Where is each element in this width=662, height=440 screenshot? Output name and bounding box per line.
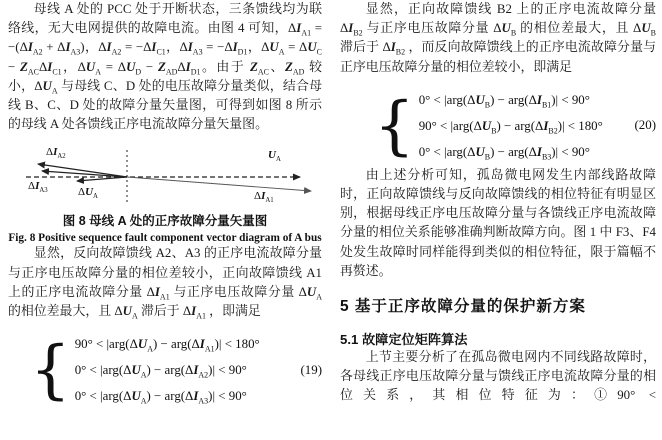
equation-20-line-3: 0° < |arg(ΔUB) − arg(ΔIB3)| < 90°: [419, 139, 633, 165]
paragraph-forward-fault-b2: 显然，正向故障馈线 B2 上的正序电流故障分量 ΔIB2 与正序电压故障分量 Δ…: [340, 0, 656, 77]
vector-dua: [77, 177, 127, 181]
equation-19-number: (19): [301, 363, 322, 378]
equation-20-number: (20): [635, 118, 656, 133]
figure8-vector-diagram: ΔIA2 ΔIA3 ΔUA UA ΔIA1: [8, 147, 322, 207]
right-column: 显然，正向故障馈线 B2 上的正序电流故障分量 ΔIB2 与正序电压故障分量 Δ…: [340, 0, 656, 406]
vector-ia2: [38, 164, 127, 177]
vector-label-ua: UA: [268, 149, 281, 161]
section-5-1-heading: 5.1 故障定位矩阵算法: [340, 329, 656, 348]
vector-label-ia3: ΔIA3: [28, 180, 48, 192]
figure8-caption-en: Fig. 8 Positive sequence fault component…: [8, 232, 322, 244]
figure8-caption-zh: 图 8 母线 A 处的正序故障分量矢量图: [8, 211, 322, 229]
paragraph-matrix-algorithm-intro: 上节主要分析了在孤岛微电网内不同线路故障时，各母线正序电压故障分量与馈线正序电流…: [340, 348, 656, 406]
equation-19-line-3: 0° < |arg(ΔUA) − arg(ΔIA3)| < 90°: [75, 383, 299, 409]
section-5-heading: 5 基于正序故障分量的保护新方案: [340, 294, 656, 316]
equation-19: 90° < |arg(ΔUA) − arg(ΔIA1)| < 180° 0° <…: [30, 330, 322, 410]
vector-ia3: [42, 171, 127, 177]
left-brace: [374, 86, 415, 166]
vector-label-ia1: ΔIA1: [254, 190, 274, 202]
equation-19-line-2: 0° < |arg(ΔUA) − arg(ΔIA2)| < 90°: [75, 357, 299, 383]
vector-ia1: [127, 177, 311, 191]
equation-20: 0° < |arg(ΔUB) − arg(ΔIB1)| < 90° 90° < …: [374, 86, 656, 166]
equation-19-line-1: 90° < |arg(ΔUA) − arg(ΔIA1)| < 180°: [75, 331, 299, 357]
left-column: 母线 A 处的 PCC 处于开断状态，三条馈线均为联络线，无大电网提供的故障电流…: [8, 0, 322, 410]
paragraph-conclusion-analysis: 由上述分析可知，孤岛微电网发生内部线路故障时，正向故障馈线与反向故障馈线的相位特…: [340, 166, 656, 281]
paragraph-pcc-analysis: 母线 A 处的 PCC 处于开断状态，三条馈线均为联络线，无大电网提供的故障电流…: [8, 0, 322, 134]
paper-page: { "page": { "type": "academic-paper-two-…: [0, 0, 662, 440]
equation-20-line-2: 90° < |arg(ΔUB) − arg(ΔIB2)| < 180°: [419, 113, 633, 139]
equation-20-line-1: 0° < |arg(ΔUB) − arg(ΔIB1)| < 90°: [419, 87, 633, 113]
paragraph-reverse-fault-analysis: 显然，反向故障馈线 A2、A3 的正序电流故障分量与正序电压故障分量的相位差较小…: [8, 244, 322, 321]
vector-label-dua: ΔUA: [78, 186, 98, 198]
figure8: ΔIA2 ΔIA3 ΔUA UA ΔIA1 图 8 母线 A 处的正序故障分量矢…: [8, 147, 322, 244]
left-brace: [30, 330, 71, 410]
vector-label-ia2: ΔIA2: [46, 146, 66, 158]
